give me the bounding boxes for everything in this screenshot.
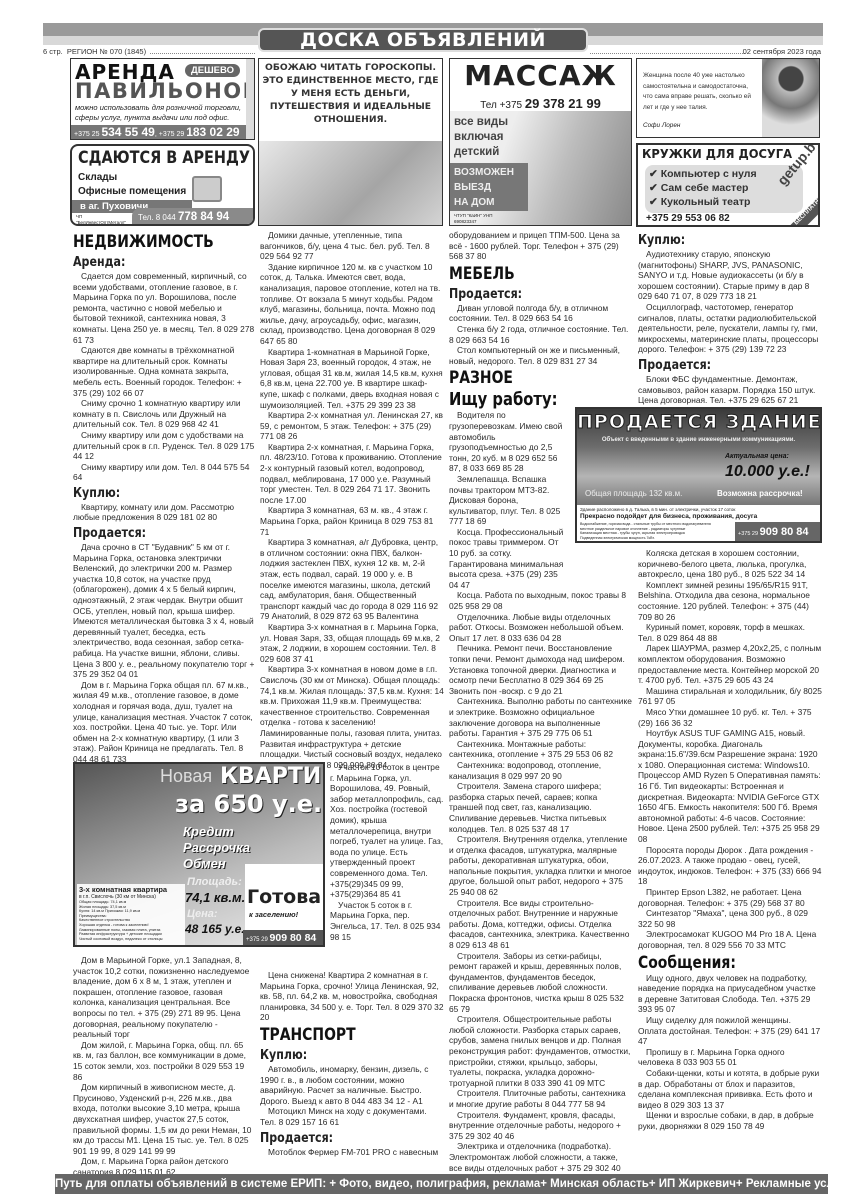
column-2-plot: Участок 10 соток в центре г. Марьина Гор… xyxy=(330,762,446,942)
column-3: оборудованием и прицеп ТПМ-500. Цена за … xyxy=(449,230,632,1184)
listing: Ищу одного, двух человек на подработку, … xyxy=(638,973,822,1015)
ad-new: Новая xyxy=(160,766,212,787)
listing: Печника. Ремонт печи. Восстановление топ… xyxy=(449,643,632,696)
ad-services: все видывключаядетский xyxy=(454,115,508,160)
ad-area-label: Площадь: xyxy=(187,876,242,888)
ad-specs: 3-х комнатная квартира в г.п. Свислочь (… xyxy=(77,884,185,947)
house-key-icon xyxy=(192,176,222,202)
ad-ready-sub: к заселению! xyxy=(249,910,298,919)
divider xyxy=(590,53,745,54)
listing: Домики дачные, утепленные, типа вагончик… xyxy=(260,230,444,262)
issue-info: 6 стр. РЕГИОН № 070 (1845) xyxy=(43,47,146,56)
ad-clubs: КРУЖКИ ДЛЯ ДОСУГА ✔ Компьютер с нуля ✔ С… xyxy=(636,143,820,227)
ad-line: Склады xyxy=(78,172,117,183)
listing: Косца. Работа по выходным, покос травы 8… xyxy=(449,590,632,611)
listing: Пропишу в г. Марьина Горка одного челове… xyxy=(638,1047,822,1068)
listing: Мотоблок Фермер FM-701 PRO с навесным xyxy=(260,1147,444,1158)
ad-options: КредитРассрочкаОбмен xyxy=(183,824,250,872)
ad-area: Общая площадь 132 кв.м. xyxy=(585,489,682,498)
listing: Куриный помет, коровяк, торф в мешках. Т… xyxy=(638,622,822,643)
listing: Принтер Epson L382, не работает. Цена до… xyxy=(638,887,822,908)
listing: Поросята породы Дюрок . Дата рождения - … xyxy=(638,845,822,887)
subsection-buy: Куплю: xyxy=(73,485,228,502)
listing: Аудиотехнику старую, японскую (магнитофо… xyxy=(638,249,822,302)
divider xyxy=(150,53,255,54)
listing: Диван угловой полгода б/у, в отличном со… xyxy=(449,303,632,324)
ad-company: ЧП "БелИнвестОптМеталл" УНП 691975588 xyxy=(76,214,131,226)
listing: Блоки ФБС фундаментные. Демонтаж, самовы… xyxy=(638,374,822,406)
subsection-buy: Куплю: xyxy=(638,232,794,249)
listing: Участок 5 соток в г. Марьина Горка, пер.… xyxy=(330,900,446,942)
listing: Строителя. Внутренняя отделка, утепление… xyxy=(449,834,632,898)
subsection-sell: Продается: xyxy=(638,357,794,374)
ad-phone: +375 29 909 80 84 xyxy=(243,930,325,947)
listing: Дача срочно в СТ "Будавник" 5 км от г. М… xyxy=(73,542,255,680)
ad-rent: СДАЮТСЯ В АРЕНДУ Склады Офисные помещени… xyxy=(70,144,255,226)
listing: Дом кирпичный в живописном месте, д. Пру… xyxy=(73,1082,255,1156)
section-title-transport: ТРАНСПОРТ xyxy=(260,1025,411,1045)
ad-massage: МАССАЖ Тел +375 29 378 21 99 все видывкл… xyxy=(449,58,632,226)
listing: Сниму квартиру или дом с удобствами на д… xyxy=(73,430,255,462)
listing: Здание кирпичное 120 м. кв с участком 10… xyxy=(260,262,444,347)
ad-price: за 650 у.е. xyxy=(175,790,322,818)
listing: Сдаются две комнаты в трёхкомнатной квар… xyxy=(73,345,255,398)
ad-price-label: Цена: xyxy=(187,908,218,920)
ad-title: ПРОДАЕТСЯ ЗДАНИЕ xyxy=(577,411,820,433)
ad-details: Водоснабжение, горячая вода - стальные т… xyxy=(580,522,730,540)
listing: Участок 10 соток в центре г. Марьина Гор… xyxy=(330,762,446,900)
section-title-misc: РАЗНОЕ xyxy=(449,368,599,388)
woman-reading-photo xyxy=(259,141,442,226)
listing: Цена снижена! Квартира 2 комнатная в г. … xyxy=(260,970,444,1023)
subsection-rent: Аренда: xyxy=(73,254,228,271)
column-4: Куплю: Аудиотехнику старую, японскую (ма… xyxy=(638,230,822,406)
ad-phone: Тел. 8 044 778 84 94 xyxy=(132,208,255,226)
ad-total: 48 165 у.е. xyxy=(185,922,245,936)
listing: Сантехника. Выполню работы по сантехнике… xyxy=(449,696,632,738)
listing: Осциллограф, частотомер, генератор сигна… xyxy=(638,302,822,355)
column-1-bottom: Дом в Марьиной Горке, ул.1 Западная, 8, … xyxy=(73,955,255,1177)
listing: Автомобиль, иномарку, бензин, дизель, с … xyxy=(260,1064,444,1106)
ad-subtitle: Объект с введенными в здание инженерными… xyxy=(577,437,820,443)
listing: Синтезатор "Ямаха", цена 300 руб., 8 029… xyxy=(638,908,822,929)
listing: Косца. Профессиональный покос травы трим… xyxy=(449,527,569,591)
ad-title: ПАВИЛЬОНОВ xyxy=(75,79,255,103)
listing: Комплект зимней резины 195/65/R15 91T, B… xyxy=(638,580,822,622)
ad-headline: Прекрасно подойдет для бизнеса, проживан… xyxy=(580,513,757,520)
listing: Сниму срочно 1 комнатную квартиру или ко… xyxy=(73,398,255,430)
ad-price: 10.000 у.е.! xyxy=(725,463,810,481)
listing: Стол компьютерный он же и письменный, но… xyxy=(449,345,632,366)
column-1: НЕДВИЖИМОСТЬ Аренда: Сдается дом совреме… xyxy=(73,230,255,765)
ad-quote: Женщина после 40 уже настолько самостоят… xyxy=(636,58,820,138)
ad-area: 74,1 кв.м. xyxy=(185,890,245,905)
quote-text: Женщина после 40 уже настолько самостоят… xyxy=(643,71,758,113)
quote-author: Софи Лорен xyxy=(643,122,680,129)
ad-horoscope: ОБОЖАЮ ЧИТАТЬ ГОРОСКОПЫ. ЭТО ЕДИНСТВЕННО… xyxy=(258,58,443,226)
listing: Ноутбук ASUS TUF GAMING A15, новый. Доку… xyxy=(638,728,822,845)
ad-title: КВАРТИРА xyxy=(220,764,325,789)
listing: Дом жилой, г. Марьина Горка, общ. пл. 65… xyxy=(73,1040,255,1082)
listing: Строителя. Заборы из сетки-рабицы, ремон… xyxy=(449,951,632,1015)
column-4-bottom: Коляска детская в хорошем состоянии, кор… xyxy=(638,548,822,1131)
ad-title: МАССАЖ xyxy=(450,59,631,92)
listing: Щенки и взрослые собаки, в дар, в добрые… xyxy=(638,1110,822,1131)
listing: Строителя. Плиточные работы, сантехника … xyxy=(449,1088,632,1109)
ad-apartment: Новая КВАРТИРА за 650 у.е. КредитРассроч… xyxy=(73,762,325,947)
ad-building: ПРОДАЕТСЯ ЗДАНИЕ Объект с введенными в з… xyxy=(575,407,822,543)
listing: Отделочника. Любые виды отделочных работ… xyxy=(449,612,632,644)
ad-price-label: Актуальная цена: xyxy=(725,453,789,460)
listing: Мотоцикл Минск на ходу с документами. Те… xyxy=(260,1106,444,1127)
listing: Мясо Утки домашнее 10 руб. кг. Тел. + 37… xyxy=(638,707,822,728)
subsection-sell: Продается: xyxy=(73,525,228,542)
listing: Строителя. Замена старого шифера; разбор… xyxy=(449,781,632,834)
ad-installment: Возможна рассрочка! xyxy=(717,489,803,498)
listing: Машина стиральная и холодильник, б/у 802… xyxy=(638,686,822,707)
listing: Строителя. Все виды строительно-отделочн… xyxy=(449,898,632,951)
subsection-buy: Куплю: xyxy=(260,1047,416,1064)
listing: Сниму квартиру или дом. Тел. 8 044 575 5… xyxy=(73,462,255,483)
listing: Квартира 2-х комнатная, г. Марьина Горка… xyxy=(260,442,444,506)
listing: Сантехника. Монтажные работы: сантехника… xyxy=(449,739,632,760)
listing: Электросамокат KUGOO M4 Pro 18 A. Цена д… xyxy=(638,929,822,950)
column-2: Домики дачные, утепленные, типа вагончик… xyxy=(260,230,444,770)
listing: Квартира 3 комнатная, а/г Дубровка, цент… xyxy=(260,537,444,622)
section-title-realty: НЕДВИЖИМОСТЬ xyxy=(73,232,222,252)
listing: Квартира 3-х комнатная в новом доме в г.… xyxy=(260,664,444,770)
listing: Землепашца. Вспашка почвы трактором МТЗ-… xyxy=(449,474,569,527)
listing: Квартира 2-х комнатная ул. Ленинская 27,… xyxy=(260,410,444,442)
section-title-messages: Сообщения: xyxy=(638,953,789,973)
ad-phones: +375 25 534 55 49, +375 29 183 02 29 xyxy=(71,125,247,140)
ad-badge: ДЕШЕВО xyxy=(185,64,240,77)
column-2-bottom: Цена снижена! Квартира 2 комнатная в г. … xyxy=(260,970,444,1157)
listing: Коляска детская в хорошем состоянии, кор… xyxy=(638,548,822,580)
ad-title: СДАЮТСЯ В АРЕНДУ xyxy=(78,148,250,168)
ad-title: КРУЖКИ ДЛЯ ДОСУГА xyxy=(642,146,792,161)
listing: Сантехника: водопровод, отопление, канал… xyxy=(449,760,632,781)
listing: Ищу сиделку для пожилой женщины. Оплата … xyxy=(638,1015,822,1047)
job-narrow: Водителя по грузоперевозкам. Имею свой а… xyxy=(449,410,569,590)
listing: Квартира 3-х комнатная в г. Марьина Горк… xyxy=(260,622,444,664)
listing: Дом в г. Марьина Горка общая пл. 67 м.кв… xyxy=(73,680,255,765)
listing: Строителя. Общестроительные работы любой… xyxy=(449,1014,632,1088)
footer-banner: Путь для оплаты объявлений в системе ЕРИ… xyxy=(55,1174,828,1194)
listing: Дом в Марьиной Горке, ул.1 Западная, 8, … xyxy=(73,955,255,1040)
listing: Квартира 1-комнатная в Марьиной Горке, Н… xyxy=(260,347,444,411)
club-item: ✔ Сам себе мастер xyxy=(649,181,799,195)
ad-phone: +375 29 553 06 82 xyxy=(646,213,730,224)
ad-quote: ОБОЖАЮ ЧИТАТЬ ГОРОСКОПЫ. ЭТО ЕДИНСТВЕННО… xyxy=(259,59,442,128)
listing: Водителя по грузоперевозкам. Имею свой а… xyxy=(449,410,569,474)
subsection-sell: Продается: xyxy=(260,1130,416,1147)
ad-location: Здание расположено в д. Талька, в 5 мин.… xyxy=(580,507,735,512)
listing: Квартира 3 комнатная, 63 м. кв., 4 этаж … xyxy=(260,505,444,537)
page-title: ДОСКА ОБЪЯВЛЕНИЙ xyxy=(258,28,588,52)
section-title-furniture: МЕБЕЛЬ xyxy=(449,264,599,284)
ad-ready: Готова xyxy=(247,886,321,908)
listing: Стенка б/у 2 года, отличное состояние. Т… xyxy=(449,324,632,345)
portrait-photo xyxy=(762,59,820,138)
ad-phone: +375 29 909 80 84 xyxy=(735,522,822,543)
listing-continued: оборудованием и прицеп ТПМ-500. Цена за … xyxy=(449,230,632,262)
ad-home-visit: ВОЗМОЖЕНВЫЕЗДНА ДОМ xyxy=(450,163,528,211)
page-number: 6 стр. xyxy=(43,47,63,56)
ad-phone: Тел +375 29 378 21 99 xyxy=(450,96,631,111)
listing: Ларек ШАУРМА, размер 4,20х2,25, с полным… xyxy=(638,643,822,685)
listing: Собаки-щенки, коты и котята, в добрые ру… xyxy=(638,1068,822,1110)
issue-number: РЕГИОН № 070 (1845) xyxy=(67,47,146,56)
ad-description: можно использовать для розничной торговл… xyxy=(75,103,247,123)
listing: Сдается дом современный, кирпичный, со в… xyxy=(73,271,255,345)
club-item: ✔ Кукольный театр xyxy=(649,195,799,209)
listing: Квартиру, комнату или дом. Рассмотрю люб… xyxy=(73,502,255,523)
ad-spec-list: Общая площадь: 74,1 кв.мЖилая площадь: 3… xyxy=(79,900,183,941)
ad-pavilions: АРЕНДА ДЕШЕВО ПАВИЛЬОНОВ можно использов… xyxy=(70,58,255,140)
listing: Строителя. Фундамент, кровля, фасады, вн… xyxy=(449,1110,632,1142)
issue-date: 02 сентября 2023 года xyxy=(743,47,821,56)
subsection-sell: Продается: xyxy=(449,286,605,303)
ad-company: ЧТУП "КаИН" УНП 690823347 xyxy=(454,213,509,225)
ad-line: Офисные помещения xyxy=(78,186,186,197)
